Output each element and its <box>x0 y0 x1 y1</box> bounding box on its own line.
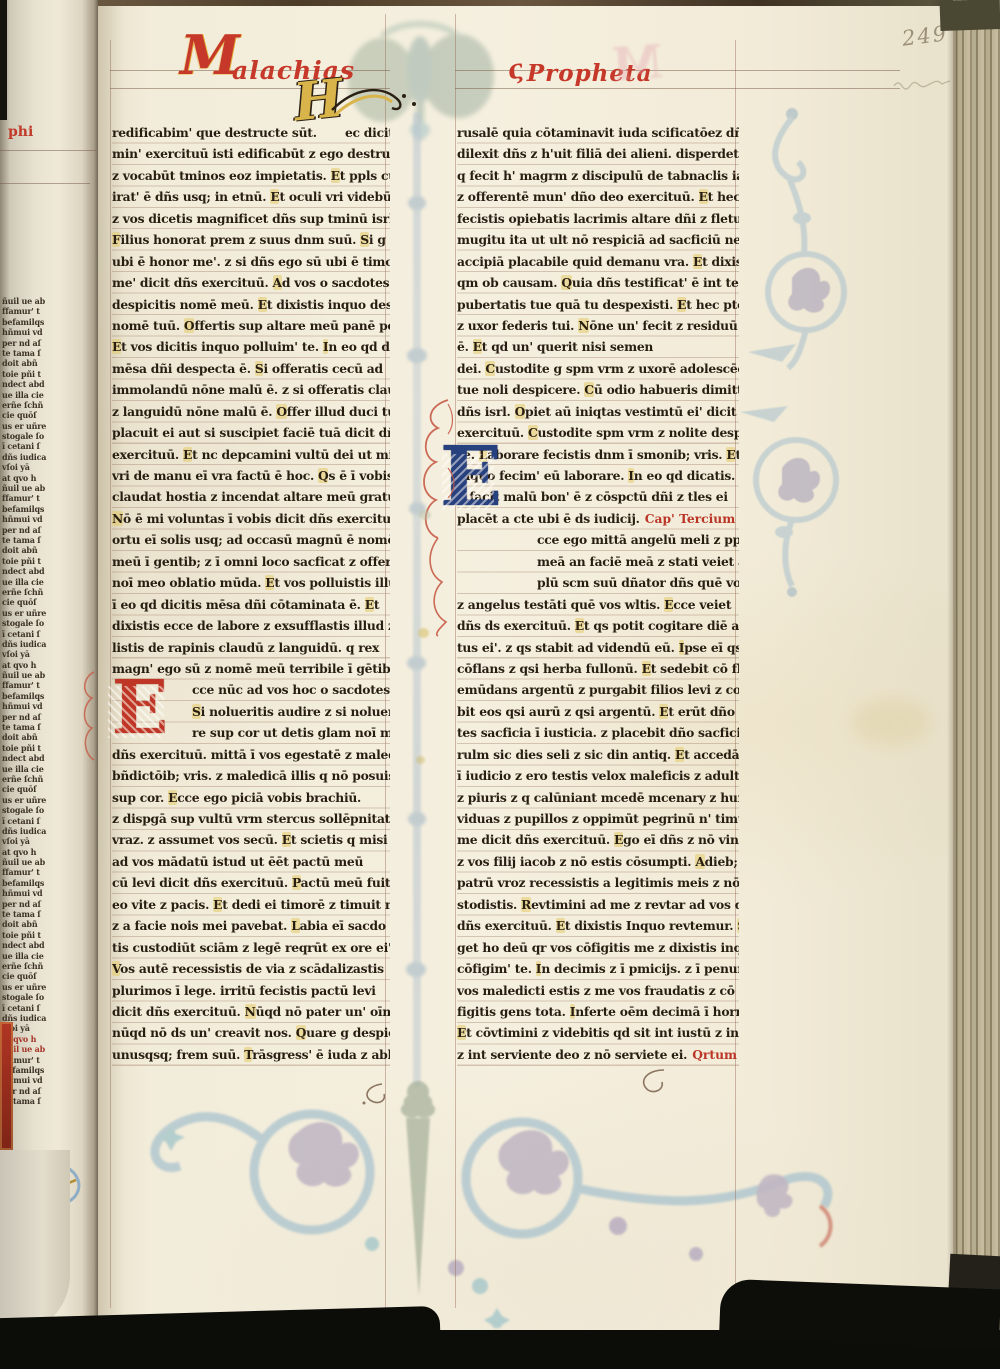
yellow-touched-capital: E <box>726 447 735 462</box>
text-line: figitis gens tota. Inferte oēm decimā ī … <box>457 1001 739 1022</box>
text-line: immolandū nōne malū ē. z si offeratis cl… <box>112 379 390 400</box>
yellow-touched-capital: E <box>693 254 702 269</box>
facing-page-text-fragment: stogale ſo <box>2 431 90 441</box>
text-line: tes sacficia ī iusticia. z placebit dño … <box>457 722 739 743</box>
manuscript-photo: phi ñuil ue abffamur' tbefamilqshñmui vd… <box>0 0 1000 1369</box>
facing-page-text-fragment: ffamur' t <box>2 680 90 690</box>
pen-squiggle <box>352 1082 392 1106</box>
text-line: me dicit dñs exercituū. Ego eī dñs z nō … <box>457 829 739 850</box>
facing-page-text-fragment: us er uñre <box>2 608 90 618</box>
facing-page-text-fragment: ī cetani ſ <box>2 1003 90 1013</box>
facing-page-text-fragment: ñuil ue ab <box>2 483 90 493</box>
text-line: despicitis nomē meū. Et dixistis inquo d… <box>112 294 390 315</box>
text-line: listis de rapinis claudū z languidū. q r… <box>112 637 390 658</box>
yellow-touched-capital: E <box>282 832 291 847</box>
facing-page-text-fragment: stogale ſo <box>2 992 90 1002</box>
yellow-touched-capital: N <box>112 511 123 526</box>
facing-page-text-fragment: ī cetani ſ <box>2 441 90 451</box>
text-line: nomē tuū. Offertis sup altare meū panē p… <box>112 315 390 336</box>
text-line: cōflans z qsi herba fullonū. Et sedebit … <box>457 658 739 679</box>
spine-shadow <box>0 0 7 120</box>
text-line: noī meo oblatio mūda. Et vos polluistis … <box>112 572 390 593</box>
yellow-touched-capital: E <box>556 918 565 933</box>
facing-page-text-fragment: befamilqs <box>2 691 90 701</box>
bleedthrough-pink-m: M <box>610 34 665 91</box>
facing-page-text-fragment: ñuil ue ab <box>2 1044 90 1054</box>
penwork-flourish-red-gutter <box>408 398 460 638</box>
text-line: exercituū. Et nc depcamini vultū dei ut … <box>112 444 390 465</box>
facing-page-text-fragment: doit abñ <box>2 919 90 929</box>
stem-knot <box>407 656 426 670</box>
pencil-scribble <box>892 76 954 92</box>
facing-page-text-fragment: te tama ſ <box>2 348 90 358</box>
text-line: Et vos dicitis inquo polluim' te. In eo … <box>112 336 390 357</box>
facing-page-text-fragment: ñuil ue ab <box>2 857 90 867</box>
text-line: z vocabūt tminos eoz impietatis. Et ppls… <box>112 165 390 186</box>
text-line: tus ei'. z qs stabit ad videndū eū. Ipse… <box>457 637 739 658</box>
facing-page-text-fragment: hñmui vd <box>2 701 90 711</box>
parchment-stain <box>852 698 930 746</box>
facing-page-text-fragment: dñs iudica <box>2 826 90 836</box>
facing-page-text-fragment: erñe ſchñ <box>2 587 90 597</box>
facing-page-text-fragment: hñmui vd <box>2 327 90 337</box>
facing-page-text-fragment: toie pñi t <box>2 743 90 753</box>
facing-page-text-fragment: toie pñi t <box>2 556 90 566</box>
facing-page-text-fragment: ndect abd <box>2 566 90 576</box>
yellow-touched-capital: O <box>184 318 194 333</box>
text-line: dicit dñs exercituū. Nūqd nō pater un' o… <box>112 1001 390 1022</box>
yellow-touched-capital: E <box>677 297 686 312</box>
facing-page-text-fragment: stogale ſo <box>2 618 90 628</box>
facing-page-text-fragment: at qvo h <box>2 660 90 670</box>
yellow-touched-capital: E <box>258 297 267 312</box>
text-line: dñs exercituū. Et dixistis Inquo revtemu… <box>457 915 739 936</box>
text-line: cū levi dicit dñs exercituū. Pactū meū f… <box>112 872 390 893</box>
text-line: viduas z pupillos z oppimūt pegrinū n' t… <box>457 808 739 829</box>
facing-page-text-fragment: us er uñre <box>2 982 90 992</box>
text-column-left: redificabim' que destructe sūt. ec dicit… <box>112 122 390 1068</box>
yellow-touched-capital: I <box>628 468 634 483</box>
facing-page-text-fragment: doit abñ <box>2 732 90 742</box>
text-line: redificabim' que destructe sūt. ec dicit… <box>112 122 390 143</box>
text-line: tis custodiūt sciām z legē reqrūt ex ore… <box>112 937 390 958</box>
text-line: patrū vroz recessistis a legitimis meis … <box>457 872 739 893</box>
yellow-touched-capital: O <box>515 404 525 419</box>
facing-page-text-fragment: ndect abd <box>2 379 90 389</box>
facing-page-text-fragment: at qvo h <box>2 847 90 857</box>
text-line: nūqd nō ds un' creavit nos. Quare g desp… <box>112 1022 390 1043</box>
yellow-touched-capital: S <box>737 918 739 933</box>
yellow-touched-capital: T <box>244 1047 252 1062</box>
yellow-touched-capital: I <box>323 339 329 354</box>
facing-page-text-fragment: ue illa cie <box>2 390 90 400</box>
text-line: cce ego mittā angelū meli z ppabit viā <box>457 529 739 550</box>
facing-page-text-fragment: ue illa cie <box>2 951 90 961</box>
facing-page-text-fragments: ñuil ue abffamur' tbefamilqshñmui vdper … <box>2 296 90 1106</box>
yellow-touched-capital: Q <box>318 468 328 483</box>
yellow-touched-capital: E <box>265 575 274 590</box>
yellow-touched-capital: I <box>570 1004 576 1019</box>
facing-page-text-fragment: vſoi yā <box>2 649 90 659</box>
yellow-touched-capital: E <box>183 447 192 462</box>
facing-page-text-fragment: us er uñre <box>2 421 90 431</box>
text-line: pubertatis tue quā tu despexisti. Et hec… <box>457 294 739 315</box>
text-line: stodistis. Revtimini ad me z revtar ad v… <box>457 894 739 915</box>
yellow-touched-capital: E <box>270 189 279 204</box>
yellow-touched-capital: V <box>112 961 120 976</box>
facing-page-text-fragment: ndect abd <box>2 940 90 950</box>
text-line: meū ī gentib; z ī omni loco sacficat z o… <box>112 551 390 572</box>
facing-page-text-fragment: toie pñi t <box>2 369 90 379</box>
text-line: Nō ē mi voluntas ī vobis dicit dñs exerc… <box>112 508 390 529</box>
text-line: claudat hostia z incendat altare meū gra… <box>112 486 390 507</box>
bleedthrough-margin-vine <box>730 100 880 630</box>
yellow-touched-capital: A <box>695 854 704 869</box>
facing-page-text-fragment: per nd aſ <box>2 338 90 348</box>
text-line: z dispgā sup vultū vrm stercus sollēpnit… <box>112 808 390 829</box>
yellow-touched-capital: S <box>255 361 264 376</box>
text-line: Filius honorat prem z suus dnm suū. Si g… <box>112 229 390 250</box>
ruling-line <box>0 150 96 151</box>
facing-page-text-fragment: doit abñ <box>2 358 90 368</box>
facing-page-text-fragment: cie quōſ <box>2 597 90 607</box>
yellow-touched-capital: L <box>291 918 299 933</box>
stem-knot <box>406 962 426 977</box>
yellow-touched-capital: I <box>679 640 685 655</box>
yellow-touched-capital: F <box>112 232 120 247</box>
stem-knot <box>408 812 426 826</box>
pen-squiggle <box>628 1068 672 1094</box>
facing-page-text-fragment: doit abñ <box>2 545 90 555</box>
text-line: bñdictōib; vris. z maledicā illis q nō p… <box>112 765 390 786</box>
facing-page-text-fragment: cie quōſ <box>2 971 90 981</box>
text-column-right: rusalē quia cōtaminavit iuda scificatōez… <box>457 122 739 1068</box>
facing-page-text-fragment: cie quōſ <box>2 410 90 420</box>
facing-page-text-fragment: at qvo h <box>2 473 90 483</box>
facing-page-text-fragment: vſoi yā <box>2 1023 90 1033</box>
ruling-line <box>0 183 90 184</box>
facing-page-text-fragment: ī cetani ſ <box>2 816 90 826</box>
chapter-rubric: Cap' Tercium <box>640 511 736 526</box>
chapter-rubric: Qrtum <box>687 1047 737 1062</box>
facing-page-text-fragment: te tama ſ <box>2 1096 90 1106</box>
photo-bottom-background <box>0 1330 1000 1369</box>
text-line: vos maledicti estis z me vos fraudatis z… <box>457 980 739 1001</box>
text-line: min' exercituū isti edificabūt z ego des… <box>112 143 390 164</box>
yellow-touched-capital: S <box>192 704 201 719</box>
text-line: dñs isrl. Opiet aū iniqtas vestimtū ei' … <box>457 401 739 422</box>
text-line: ad vos mādatū istud ut ēēt pactū meū <box>112 851 390 872</box>
facing-page-text-fragment: dñs iudica <box>2 639 90 649</box>
stem-knot <box>408 196 426 210</box>
parchment-stain <box>416 756 425 764</box>
header-paraph-curl: ς <box>504 53 528 86</box>
facing-page-text-fragment: hñmui vd <box>2 514 90 524</box>
facing-page-text-fragment: stogale ſo <box>2 805 90 815</box>
text-line: irat' ē dñs usq; in etnū. Et oculi vri v… <box>112 186 390 207</box>
yellow-touched-capital: I <box>536 961 542 976</box>
text-line: dei. Custodite g spm vrm z uxorē adolesc… <box>457 358 739 379</box>
text-line: meā an faciē meā z stati veiet ad tem <box>457 551 739 572</box>
facing-page-text-fragment: ñuil ue ab <box>2 296 90 306</box>
text-line: unusqsq; frem suū. Trāsgress' ē iuda z a… <box>112 1044 390 1065</box>
text-line: dixistis ecce de labore z exsufflastis i… <box>112 615 390 636</box>
ruling-line <box>455 88 900 89</box>
facing-page-text-fragment: hñmui vd <box>2 1075 90 1085</box>
text-line: rusalē quia cōtaminavit iuda scificatōez… <box>457 122 739 143</box>
facing-page-text-fragment: befamilqs <box>2 317 90 327</box>
facing-page-text-fragment: toie pñi t <box>2 930 90 940</box>
under-leaf-edge <box>0 1150 70 1335</box>
text-line: z vos dicetis magnificet dñs sup tminū i… <box>112 208 390 229</box>
text-line: z int serviente deo z nō serviete ei.Qrt… <box>457 1044 739 1065</box>
text-line: cōfigim' te. In decimis z ī pmicijs. z ī… <box>457 958 739 979</box>
text-line: dñs ds exercituū. Et qs potit cogitare d… <box>457 615 739 636</box>
yellow-touched-capital: E <box>365 597 374 612</box>
fore-edge-top-corner <box>939 0 1000 31</box>
text-line: sup cor. Ecce ego piciā vobis brachiū. <box>112 787 390 808</box>
ruling-line <box>455 14 456 1308</box>
facing-page-text-fragment: erñe ſchñ <box>2 961 90 971</box>
text-line: ī eo qd dicitis mēsa dñi cōtaminata ē. E… <box>112 594 390 615</box>
fore-edge-pages <box>953 0 1000 1340</box>
yellow-touched-capital: E <box>642 661 651 676</box>
facing-page-text-fragment: per nd aſ <box>2 899 90 909</box>
facing-page-text-fragment: vſoi yā <box>2 462 90 472</box>
yellow-touched-capital: E <box>473 339 482 354</box>
text-line: plū scm suū dñator dñs quē vos quit' <box>457 572 739 593</box>
facing-page-text-fragment: te tama ſ <box>2 722 90 732</box>
yellow-touched-capital: N <box>578 318 589 333</box>
text-line: ubi ē honor me'. z si dñs ego sū ubi ē t… <box>112 251 390 272</box>
text-line: dilexit dñs z h'uit filiā dei alieni. di… <box>457 143 739 164</box>
yellow-touched-capital: N <box>245 1004 256 1019</box>
yellow-touched-capital: A <box>273 275 282 290</box>
yellow-touched-capital: E <box>675 747 684 762</box>
parchment-stain <box>419 510 431 520</box>
yellow-touched-capital: E <box>457 1025 466 1040</box>
facing-page-text-fragment: dñs iudica <box>2 452 90 462</box>
text-line: get ho deū qr vos cōfigitis me z dixisti… <box>457 937 739 958</box>
facing-page-text-fragment: ñuil ue ab <box>2 670 90 680</box>
facing-page-text-fragment: per nd aſ <box>2 525 90 535</box>
lombard-initial-red-e: E <box>94 672 186 748</box>
yellow-touched-capital: C <box>528 425 538 440</box>
facing-page-text-fragment: befamilqs <box>2 504 90 514</box>
yellow-touched-capital: O <box>276 404 286 419</box>
yellow-touched-capital: E <box>575 618 584 633</box>
text-line: mugitu ita ut ult nō respiciā ad sacfici… <box>457 229 739 250</box>
text-line: accipiā placabile quid demanu vra. Et di… <box>457 251 739 272</box>
yellow-touched-capital: E <box>112 339 121 354</box>
facing-page-text-fragment: befamilqs <box>2 1065 90 1075</box>
text-line: fecistis opiebatis lacrimis altare dñi z… <box>457 208 739 229</box>
text-line: bit eos qsi aurū z qsi argentū. Et erūt … <box>457 701 739 722</box>
cadel-swash <box>330 84 420 124</box>
text-line: ī iudicio z ero testis velox maleficis z… <box>457 765 739 786</box>
text-line: emūdans argentū z purgabit filios levi z… <box>457 679 739 700</box>
facing-page-text-fragment: ffamur' t <box>2 1055 90 1065</box>
yellow-touched-capital: Q <box>561 275 571 290</box>
yellow-touched-capital: E <box>331 168 340 183</box>
facing-page-text-fragment: dñs iudica <box>2 1013 90 1023</box>
text-line: q fecit h' magrm z discipulū de tabnacli… <box>457 165 739 186</box>
facing-page-text-fragment: hñmui vd <box>2 888 90 898</box>
stem-knot <box>407 348 427 363</box>
facing-page-header-fragment: phi <box>8 124 33 140</box>
text-line: mēsa dñi despecta ē. Si offeratis cecū a… <box>112 358 390 379</box>
facing-page-text-fragment: at qvo h <box>2 1034 90 1044</box>
text-line: plurimos ī lege. irritū fecistis pactū l… <box>112 980 390 1001</box>
yellow-touched-capital: R <box>521 897 531 912</box>
text-line: ē. Et qd un' querit nisi semen <box>457 336 739 357</box>
text-line: me' dicit dñs exercituū. Ad vos o sacdot… <box>112 272 390 293</box>
yellow-touched-capital: E <box>659 704 668 719</box>
text-line: placuit ei aut si suscipiet faciē tuā di… <box>112 422 390 443</box>
text-line: rulm sic dies seli z sic din antiq. Et a… <box>457 744 739 765</box>
parchment-stain <box>418 628 429 638</box>
yellow-touched-capital: E <box>664 597 673 612</box>
facing-page-text-fragment: ffamur' t <box>2 867 90 877</box>
facing-page-text-fragment: ī cetani ſ <box>2 629 90 639</box>
text-line: vri de manu eī vra factū ē hoc. Qs ē ī v… <box>112 465 390 486</box>
yellow-touched-capital: P <box>292 875 301 890</box>
facing-page-text-fragment: vſoi yā <box>2 836 90 846</box>
text-line: qm ob causam. Quia dñs testificat' ē int… <box>457 272 739 293</box>
text-line: z piuris z q calūniant mcedē mcenary z h… <box>457 787 739 808</box>
facing-page-text-fragment: te tama ſ <box>2 535 90 545</box>
facing-page-text-fragment: befamilqs <box>2 878 90 888</box>
yellow-touched-capital: Q <box>296 1025 306 1040</box>
yellow-touched-capital: E <box>699 189 708 204</box>
facing-page-text-fragment: ue illa cie <box>2 764 90 774</box>
facing-page-text-fragment: erñe ſchñ <box>2 400 90 410</box>
text-line: Vos autē recessistis de via z scādalizas… <box>112 958 390 979</box>
yellow-touched-capital: E <box>614 832 623 847</box>
facing-page-text-fragment: ffamur' t <box>2 493 90 503</box>
text-line: eo vite z pacis. Et dedi ei timorē z tim… <box>112 894 390 915</box>
text-line: ortu eī solis usq; ad occasū magnū ē nom… <box>112 529 390 550</box>
text-line: z uxor federis tui. Nōne un' fecit z res… <box>457 315 739 336</box>
yellow-touched-capital: E <box>213 897 222 912</box>
facing-page-text-fragment: te tama ſ <box>2 909 90 919</box>
text-line: z vos filij iacob z nō estis cōsumpti. A… <box>457 851 739 872</box>
text-line: z languidū nōne malū ē. Offer illud duci… <box>112 401 390 422</box>
facing-page-text-fragment: us er uñre <box>2 795 90 805</box>
text-line: z a facie nois mei pavebat. Labia eī sac… <box>112 915 390 936</box>
facing-page-text-fragment: cie quōſ <box>2 784 90 794</box>
penwork-flourish-red-left <box>78 668 100 764</box>
facing-page-text-fragment: ffamur' t <box>2 306 90 316</box>
text-line: z angelus testāti quē vos wltis. Ecce ve… <box>457 594 739 615</box>
header-initial-m: M <box>180 30 240 80</box>
facing-page-text-fragment: ue illa cie <box>2 577 90 587</box>
facing-page-text-fragment: per nd aſ <box>2 1086 90 1096</box>
text-line: Et cōvtimini z videbitis qd sit int iust… <box>457 1022 739 1043</box>
text-line: z offerentē mun' dño deo exercituū. Et h… <box>457 186 739 207</box>
yellow-touched-capital: C <box>485 361 495 376</box>
facing-page-text-fragment: ndect abd <box>2 753 90 763</box>
facing-page-text-fragment: per nd aſ <box>2 712 90 722</box>
yellow-touched-capital: S <box>360 232 369 247</box>
text-line: vraz. z assumet vos secū. Et scietis q m… <box>112 829 390 850</box>
text-line: tue noli despicere. Cū odio habueris dim… <box>457 379 739 400</box>
facing-page-text-fragment: erñe ſchñ <box>2 774 90 784</box>
yellow-touched-capital: E <box>168 790 177 805</box>
yellow-touched-capital: C <box>584 382 594 397</box>
